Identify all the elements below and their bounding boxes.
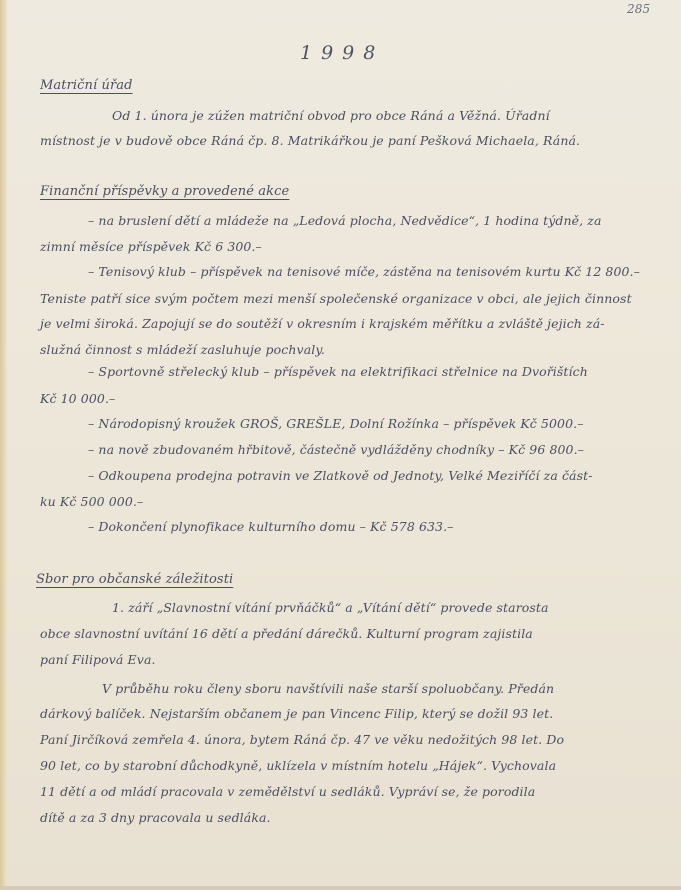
list-item: – Sportovně střelecký klub – příspěvek n… bbox=[88, 364, 588, 379]
section-heading-registry-office: Matriční úřad bbox=[40, 78, 133, 93]
text-line: ku Kč 500 000.– bbox=[40, 494, 143, 509]
text-line: zimní měsíce příspěvek Kč 6 300.– bbox=[40, 239, 262, 254]
text-line: dárkový balíček. Nejstarším občanem je p… bbox=[40, 706, 553, 721]
list-item: – na bruslení dětí a mládeže na „Ledová … bbox=[88, 213, 602, 228]
text-line: místnost je v budově obce Ráná čp. 8. Ma… bbox=[40, 133, 580, 148]
page-bottom-edge bbox=[0, 886, 681, 890]
text-line: Paní Jirčíková zemřela 4. února, bytem R… bbox=[40, 732, 564, 747]
text-line: dítě a za 3 dny pracovala u sedláka. bbox=[40, 810, 271, 825]
text-line: Teniste patří sice svým počtem mezi menš… bbox=[40, 291, 632, 306]
list-item: – Tenisový klub – příspěvek na tenisové … bbox=[88, 264, 640, 279]
text-line: obce slavnostní uvítání 16 dětí a předán… bbox=[40, 626, 533, 641]
section-heading-civic-affairs: Sbor pro občanské záležitosti bbox=[36, 572, 233, 587]
list-item: – Dokončení plynofikace kulturního domu … bbox=[88, 519, 454, 534]
text-line: paní Filipová Eva. bbox=[40, 652, 156, 667]
text-line: Kč 10 000.– bbox=[40, 391, 115, 406]
list-item: – Národopisný kroužek GROŠ, GREŠLE, Doln… bbox=[88, 416, 584, 431]
page-number: 285 bbox=[627, 2, 650, 16]
text-line: je velmi široká. Zapojují se do soutěží … bbox=[40, 316, 605, 331]
text-line: 1. září „Slavnostní vítání prvňáčků“ a „… bbox=[112, 600, 549, 615]
text-line: Od 1. února je zúžen matriční obvod pro … bbox=[112, 108, 550, 123]
year-title: 1998 bbox=[300, 42, 384, 64]
text-line: služná činnost s mládeží zasluhuje pochv… bbox=[40, 342, 325, 357]
text-line: 11 dětí a od mládí pracovala v zemědělst… bbox=[40, 784, 535, 799]
text-line: 90 let, co by starobní důchodkyně, uklíz… bbox=[40, 758, 556, 773]
section-heading-financial-contributions: Finanční příspěvky a provedené akce bbox=[40, 184, 289, 199]
text-line: V průběhu roku členy sboru navštívili na… bbox=[102, 681, 554, 696]
list-item: – Odkoupena prodejna potravin ve Zlatkov… bbox=[88, 468, 593, 483]
list-item: – na nově zbudovaném hřbitově, částečně … bbox=[88, 442, 584, 457]
page-binding-edge bbox=[0, 0, 7, 890]
handwritten-chronicle-page: 285 1998 Matriční úřad Od 1. února je zú… bbox=[0, 0, 681, 890]
